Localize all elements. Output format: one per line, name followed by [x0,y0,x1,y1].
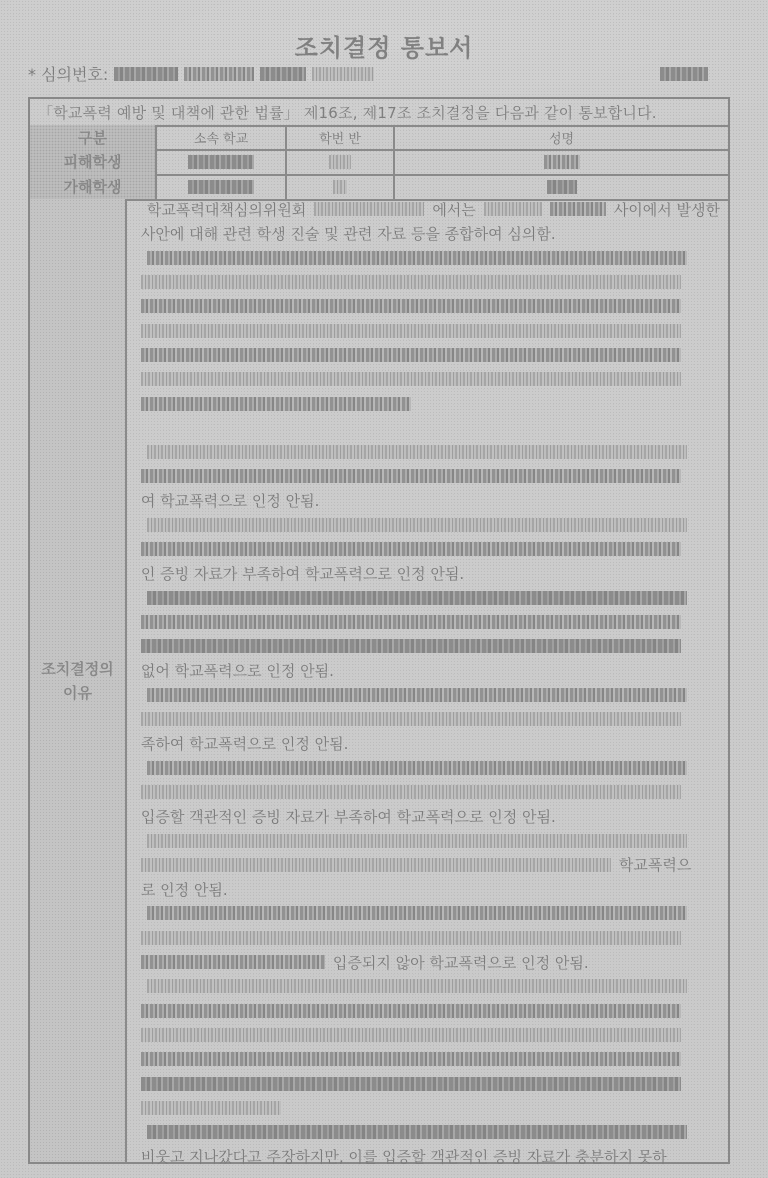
redacted-date [660,66,708,85]
offender-school [157,174,287,199]
row-label-victim: 피해학생 [30,149,157,174]
table-header-row: 구분 소속 학교 학번 반 성명 [30,125,728,151]
header-name: 성명 [395,125,728,149]
offender-grade-class [287,174,395,199]
redacted-case-number-1 [114,67,178,81]
reason-item-5: 족하여 학교폭력으로 인정 안됨. [141,683,720,756]
reason-item-8: 입증되지 않아 학교폭력으로 인정 안됨. [141,901,720,974]
reason-item-3: 인 증빙 자료가 부족하여 학교폭력으로 인정 안됨. [141,513,720,586]
scanned-document-page: 조치결정 통보서 * 심의번호: 「학교폭력 예방 및 대책에 관한 법률」 제… [0,0,768,1178]
redacted-case-number-3 [260,67,306,81]
reason-item-4: 없어 학교폭력으로 인정 안됨. [141,585,720,682]
reason-item-2: 여 학교폭력으로 인정 안됨. [141,440,720,513]
reason-item-10: 비웃고 지나갔다고 주장하지만, 이를 입증할 객관적인 증빙 자료가 충분하지… [141,1120,720,1169]
case-number-line: * 심의번호: [28,62,374,85]
victim-name [395,149,728,174]
document-title: 조치결정 통보서 [0,28,768,63]
reason-item-1 [141,246,720,416]
victim-school [157,149,287,174]
row-label-offender: 가해학생 [30,174,157,199]
header-category: 구분 [30,125,157,149]
offender-name [395,174,728,199]
decision-reason-row: 조치결정의 이유 학교폭력대책심의위원회 에서는 사이에서 발생한 사안에 대해… [30,199,728,1162]
header-grade-class: 학번 반 [287,125,395,149]
victim-grade-class [287,149,395,174]
reason-item-9 [141,974,720,1120]
table-row-victim: 피해학생 [30,149,728,176]
decision-reason-body: 학교폭력대책심의위원회 에서는 사이에서 발생한 사안에 대해 관련 학생 진술… [127,199,728,1162]
intro-line-2: 사안에 대해 관련 학생 진술 및 관련 자료 등을 종합하여 심의함. [141,221,720,245]
legal-notice: 「학교폭력 예방 및 대책에 관한 법률」 제16조, 제17조 조치결정을 다… [30,99,728,127]
redacted-case-number-2 [184,67,254,81]
case-number-label: * 심의번호: [28,62,108,85]
intro-line-1: 학교폭력대책심의위원회 에서는 사이에서 발생한 [141,197,720,221]
reason-item-6: 입증할 객관적인 증빙 자료가 부족하여 학교폭력으로 인정 안됨. [141,756,720,829]
decision-table: 「학교폭력 예방 및 대책에 관한 법률」 제16조, 제17조 조치결정을 다… [28,97,730,1164]
redacted-case-number-4 [312,67,374,81]
header-school: 소속 학교 [157,125,287,149]
reason-item-7: 학교폭력으 로 인정 안됨. [141,828,720,901]
decision-reason-label: 조치결정의 이유 [30,199,127,1162]
